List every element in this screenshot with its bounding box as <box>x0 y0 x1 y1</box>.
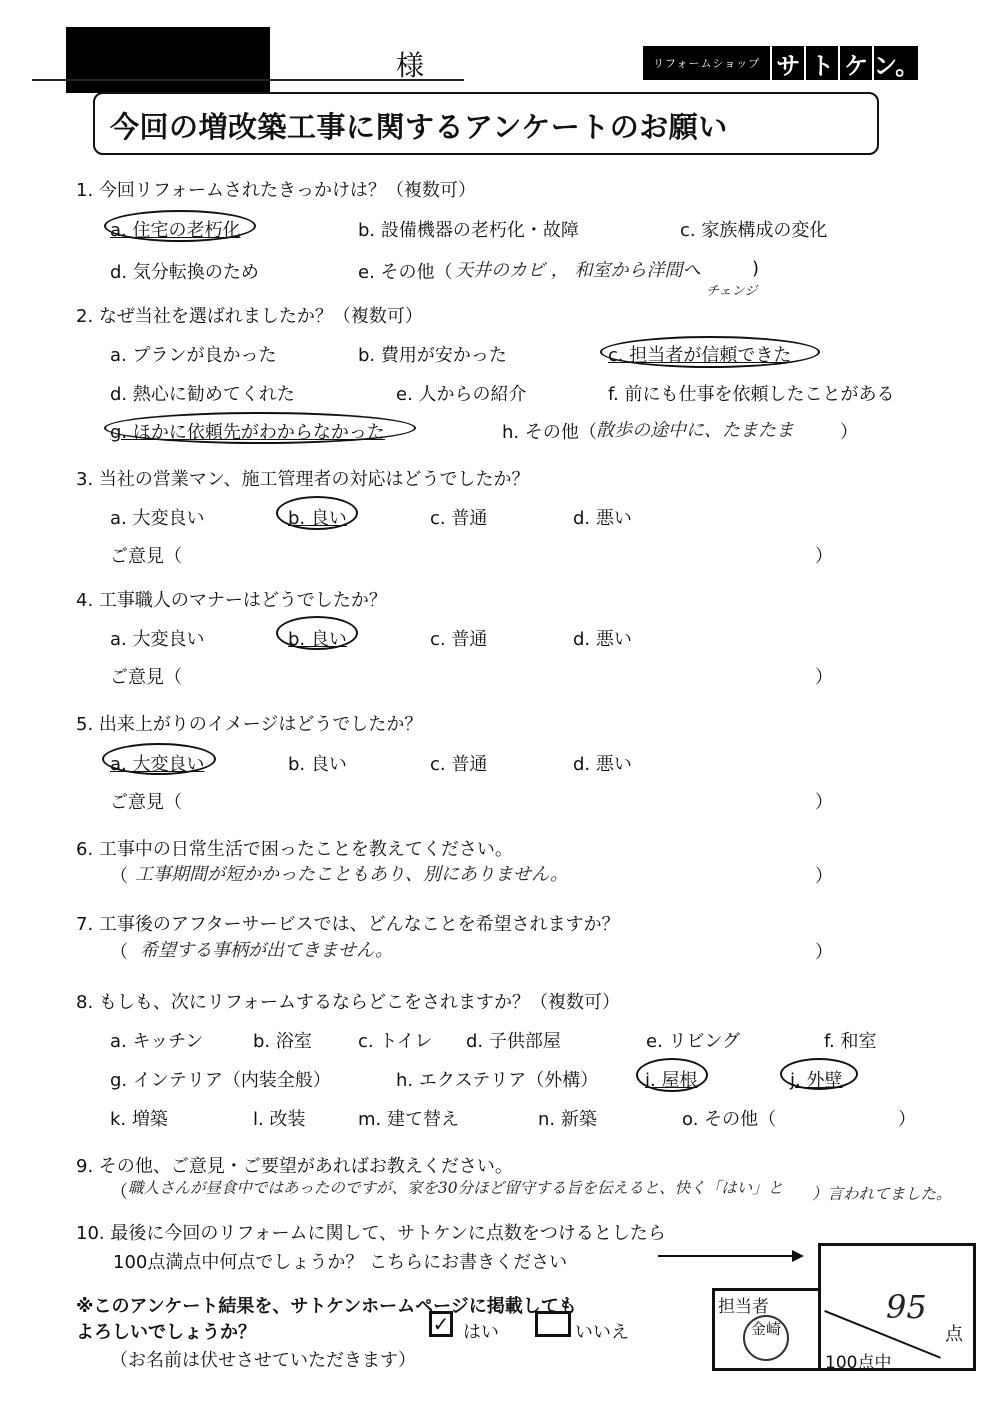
consent-no-label: いいえ <box>575 1318 629 1344</box>
question-1-label: 1. 今回リフォームされたきっかけは？（複数可） <box>76 176 476 202</box>
page-title: 今回の増改築工事に関するアンケートのお願い <box>110 105 728 146</box>
q3-option-a[interactable]: a. 大変良い <box>110 504 204 530</box>
consent-line-2: よろしいでしょうか？ <box>76 1318 256 1344</box>
q8-option-b[interactable]: b. 浴室 <box>253 1027 312 1053</box>
q2-option-f[interactable]: f. 前にも仕事を依頼したことがある <box>608 380 894 406</box>
question-9-label: 9. その他、ご意見・ご要望があればお教えください。 <box>76 1152 513 1178</box>
q2-option-h[interactable]: h. その他（ <box>502 418 597 444</box>
selection-circle <box>102 743 216 775</box>
q8-option-g[interactable]: g. インテリア（内装全般） <box>110 1066 331 1092</box>
logo-subtitle: リフォームショップ <box>643 46 770 80</box>
q7-close-paren: ） <box>815 938 833 964</box>
q5-comment-close: ） <box>815 788 833 814</box>
q8-option-m[interactable]: m. 建て替え <box>358 1105 459 1131</box>
consent-yes-checkbox[interactable]: ✓ <box>429 1311 453 1337</box>
q8-option-c[interactable]: c. トイレ <box>358 1027 432 1053</box>
q1-other-note: チェンジ <box>706 280 757 299</box>
logo-char: ン。 <box>872 46 918 80</box>
q8-option-f[interactable]: f. 和室 <box>824 1027 876 1053</box>
q4-option-d[interactable]: d. 悪い <box>573 625 632 651</box>
consent-note: （お名前は伏せさせていただきます） <box>110 1346 416 1372</box>
score-out-of: 100点中 <box>825 1348 891 1373</box>
consent-line-1: ※このアンケート結果を、サトケンホームページに掲載しても <box>76 1292 577 1318</box>
q1-option-e[interactable]: e. その他（ <box>358 258 453 284</box>
arrow-head-icon <box>792 1250 804 1262</box>
q4-comment-close: ） <box>815 663 833 689</box>
q9-answer-line-2: ）言われてました。 <box>812 1182 952 1204</box>
q9-answer-line-1[interactable]: 職人さんが昼食中ではあったのですが、家を30分ほど留守する旨を伝えると、快く「は… <box>128 1176 783 1198</box>
question-5-label: 5. 出来上がりのイメージはどうでしたか？ <box>76 710 422 736</box>
q8-option-d[interactable]: d. 子供部屋 <box>466 1027 561 1053</box>
q8-option-a[interactable]: a. キッチン <box>110 1027 203 1053</box>
selection-circle <box>600 336 820 368</box>
q1-other-close: ) <box>752 258 759 279</box>
recipient-suffix: 様 <box>396 44 424 84</box>
selection-circle <box>276 616 358 650</box>
question-4-label: 4. 工事職人のマナーはどうでしたか？ <box>76 586 387 612</box>
q7-open-paren: （ <box>110 938 128 964</box>
q6-answer[interactable]: 工事期間が短かかったこともあり、別にありません。 <box>135 860 568 886</box>
q2-option-a[interactable]: a. プランが良かった <box>110 341 276 367</box>
q4-comment-field[interactable] <box>198 663 798 685</box>
q1-option-b[interactable]: b. 設備機器の老朽化・故障 <box>358 216 579 242</box>
q5-comment-label: ご意見（ <box>110 788 182 814</box>
question-10-label: 10. 最後に今回のリフォームに関して、サトケンに点数をつけるとしたら <box>76 1219 666 1245</box>
q3-comment-label: ご意見（ <box>110 542 182 568</box>
selection-circle <box>104 412 416 444</box>
q8-option-o[interactable]: o. その他（ <box>682 1105 776 1131</box>
q3-option-d[interactable]: d. 悪い <box>573 504 632 530</box>
q5-option-c[interactable]: c. 普通 <box>430 750 487 776</box>
selection-circle <box>780 1058 858 1090</box>
consent-yes-label: はい <box>463 1318 499 1344</box>
q1-option-d[interactable]: d. 気分転換のため <box>110 258 259 284</box>
selection-circle <box>276 496 358 530</box>
question-7-label: 7. 工事後のアフターサービスでは、どんなことを希望されますか？ <box>76 910 620 936</box>
q3-comment-field[interactable] <box>198 542 798 564</box>
q9-open-paren: （ <box>110 1178 128 1204</box>
q5-comment-field[interactable] <box>198 788 798 810</box>
selection-circle <box>636 1058 708 1092</box>
q2-other-close: ） <box>840 418 858 444</box>
question-3-label: 3. 当社の営業マン、施工管理者の対応はどうでしたか？ <box>76 465 529 491</box>
question-6-label: 6. 工事中の日常生活で困ったことを教えてください。 <box>76 835 513 861</box>
satoken-logo: リフォームショップ サ ト ケ ン。 <box>643 46 918 80</box>
selection-circle <box>104 210 256 242</box>
q8-option-k[interactable]: k. 増築 <box>110 1105 168 1131</box>
q8-option-h[interactable]: h. エクステリア（外構） <box>396 1066 598 1092</box>
q6-open-paren: （ <box>110 862 128 888</box>
q4-comment-label: ご意見（ <box>110 663 182 689</box>
q4-option-a[interactable]: a. 大変良い <box>110 625 204 651</box>
logo-char: ト <box>804 46 838 80</box>
q8-option-e[interactable]: e. リビング <box>646 1027 740 1053</box>
q4-option-c[interactable]: c. 普通 <box>430 625 487 651</box>
q2-option-e[interactable]: e. 人からの紹介 <box>396 380 527 406</box>
q8-option-l[interactable]: l. 改装 <box>253 1105 305 1131</box>
q3-option-c[interactable]: c. 普通 <box>430 504 487 530</box>
score-value[interactable]: 95 <box>886 1288 927 1326</box>
q1-option-c[interactable]: c. 家族構成の変化 <box>680 216 827 242</box>
question-8-label: 8. もしも、次にリフォームするならどこをされますか？（複数可） <box>76 988 620 1014</box>
q5-option-b[interactable]: b. 良い <box>288 750 347 776</box>
q3-comment-close: ） <box>815 542 833 568</box>
q8-other-close: ） <box>898 1105 916 1131</box>
q2-other-answer[interactable]: 散歩の途中に、たまたま <box>596 416 794 442</box>
q2-option-b[interactable]: b. 費用が安かった <box>358 341 507 367</box>
q2-option-d[interactable]: d. 熱心に勧めてくれた <box>110 380 295 406</box>
staff-label: 担当者 <box>718 1292 769 1317</box>
q5-option-d[interactable]: d. 悪い <box>573 750 632 776</box>
q8-option-n[interactable]: n. 新築 <box>538 1105 597 1131</box>
arrow-right-icon <box>658 1255 794 1257</box>
staff-stamp: 金崎 <box>743 1315 789 1361</box>
logo-char: ケ <box>838 46 872 80</box>
q6-close-paren: ） <box>815 862 833 888</box>
score-unit: 点 <box>945 1320 963 1346</box>
q7-answer[interactable]: 希望する事柄が出てきません。 <box>140 936 393 962</box>
logo-char: サ <box>770 46 804 80</box>
question-2-label: 2. なぜ当社を選ばれましたか？（複数可） <box>76 302 423 328</box>
consent-no-checkbox[interactable] <box>535 1311 571 1337</box>
q1-other-answer[interactable]: 天井のカビ ， 和室から洋間へ <box>455 256 700 282</box>
question-10-sublabel: 100点満点中何点でしょうか？ こちらにお書きください <box>113 1248 567 1274</box>
redacted-customer-name <box>66 27 270 93</box>
